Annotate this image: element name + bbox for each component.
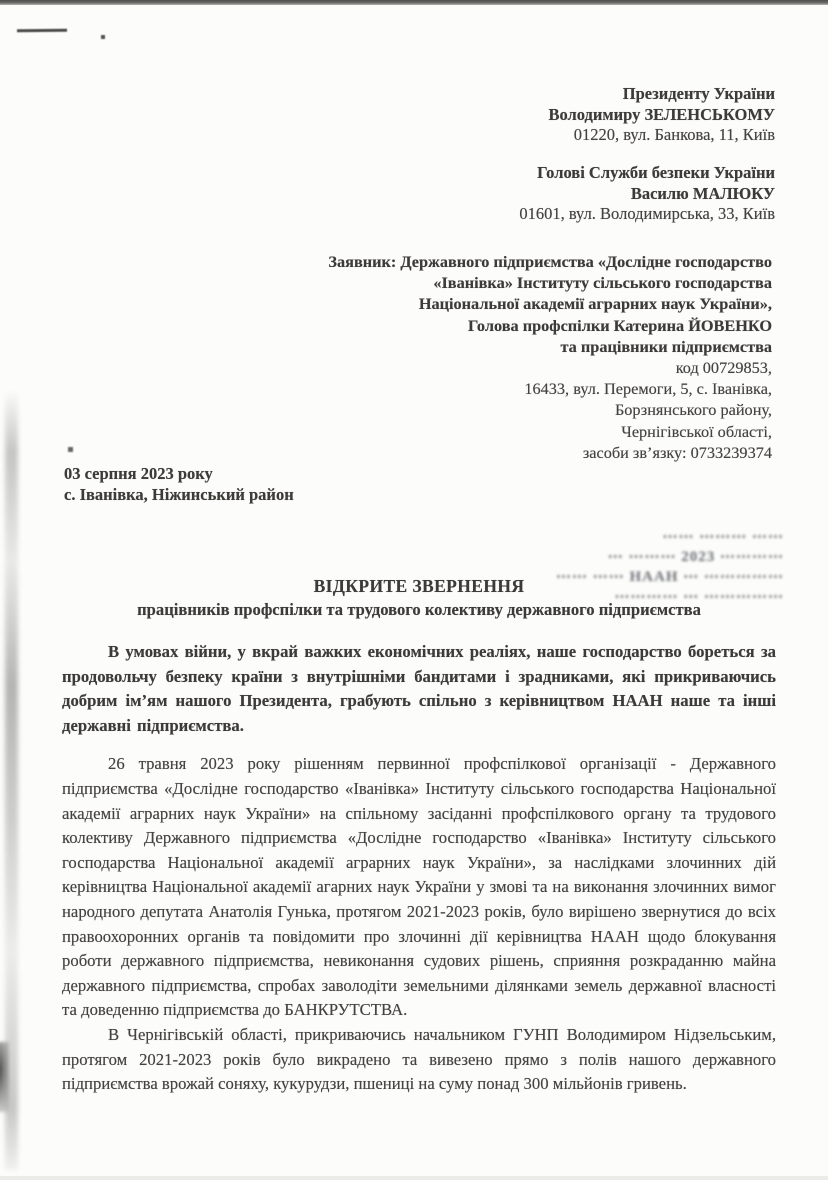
body-paragraph: В Чернігівській області, прикриваючись н… (62, 1023, 776, 1097)
applicant-block: Заявник: Державного підприємства «Дослід… (328, 251, 772, 463)
body-paragraph-lead: В умовах війни, у вкрай важких економічн… (62, 640, 776, 738)
applicant-address: 16433, вул. Перемоги, 5, с. Іванівка, (328, 378, 772, 399)
document-date: 03 серпня 2023 року (64, 463, 294, 484)
applicant-code: код 00729853, (328, 357, 772, 378)
scan-edge-artifact-top (0, 0, 828, 5)
document-body: В умовах війни, у вкрай важких економічн… (62, 640, 776, 1097)
scan-line-artifact (17, 29, 67, 33)
document-heading: ВІДКРИТЕ ЗВЕРНЕННЯ працівників профспілк… (62, 576, 776, 620)
document-subtitle: працівників профспілки та трудового коле… (62, 600, 776, 620)
recipient-address: 01220, вул. Банкова, 11, Київ (548, 125, 775, 146)
scan-smudge-artifact-bottom-left (0, 1042, 9, 1112)
bleedthrough-line: ⋯ ⋯⋯⋯ 2023 ⋯⋯⋯⋯ (412, 547, 784, 567)
body-paragraph: 26 травня 2023 року рішенням первинної п… (62, 752, 776, 1023)
bleedthrough-line: ⋯⋯ ⋯⋯⋯ ⋯⋯ (412, 527, 784, 547)
recipient-block-president: Президенту України Володимиру ЗЕЛЕНСЬКОМ… (548, 84, 775, 146)
applicant-line: «Іванівка» Інституту сільського господар… (328, 272, 772, 293)
scan-edge-artifact-bottom (0, 1176, 828, 1180)
document-title: ВІДКРИТЕ ЗВЕРНЕННЯ (62, 576, 776, 597)
recipient-address: 01601, вул. Володимирська, 33, Київ (519, 204, 775, 225)
scan-speck-artifact (68, 447, 73, 452)
scan-speck-artifact (101, 35, 105, 39)
recipient-name: Василю МАЛЮКУ (519, 184, 775, 205)
document-place: с. Іванівка, Ніжинський район (64, 484, 294, 505)
dateline-block: 03 серпня 2023 року с. Іванівка, Ніжинсь… (64, 463, 294, 505)
recipient-name: Володимиру ЗЕЛЕНСЬКОМУ (548, 105, 775, 126)
applicant-address: Чернігівської області, (328, 421, 772, 442)
recipient-title: Голові Служби безпеки України (519, 163, 775, 184)
recipient-block-sbu: Голові Служби безпеки України Василю МАЛ… (519, 163, 775, 225)
scanned-letter-page: ⋯⋯ ⋯⋯⋯ ⋯⋯ ⋯ ⋯⋯⋯ 2023 ⋯⋯⋯⋯ ⋯⋯ ⋯⋯ НААН ⋯ ⋯… (0, 0, 828, 1180)
applicant-line: Заявник: Державного підприємства «Дослід… (328, 251, 772, 272)
applicant-phone: засоби зв’язку: 0733239374 (328, 442, 772, 463)
applicant-line: та працівники підприємства (328, 336, 772, 357)
applicant-address: Борзнянського району, (328, 399, 772, 420)
recipient-title: Президенту України (548, 84, 775, 105)
applicant-line: Національної академії аграрних наук Укра… (328, 293, 772, 314)
applicant-line: Голова профспілки Катерина ЙОВЕНКО (328, 315, 772, 336)
